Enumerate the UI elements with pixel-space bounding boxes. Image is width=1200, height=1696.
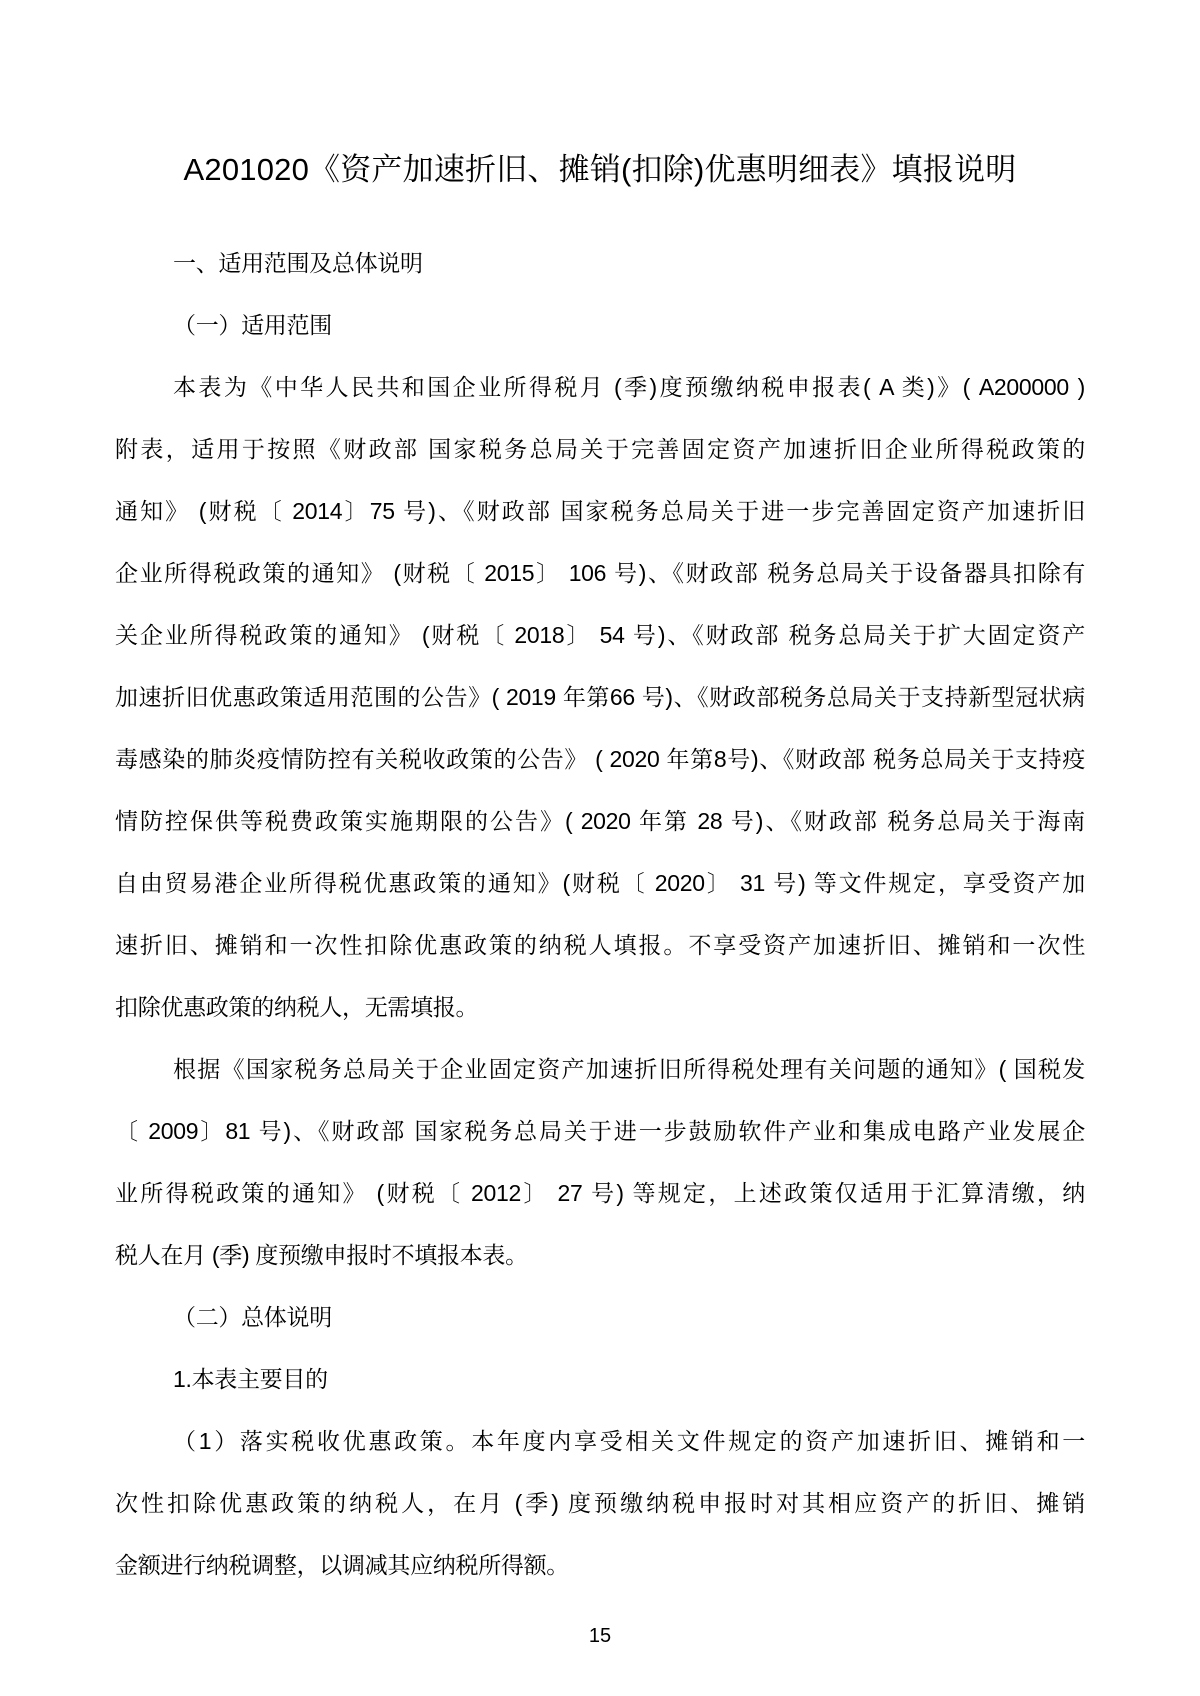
document-content: 一、适用范围及总体说明 （一）适用范围 本表为《中华人民共和国企业所得税月 (季… [115, 232, 1085, 1596]
text-line: 速折旧、摊销和一次性扣除优惠政策的纳税人填报。不享受资产加速折旧、摊销和一次性 [115, 914, 1085, 976]
text-line: 加速折旧优惠政策适用范围的公告》( 2019 年第66 号)、《财政部税务总局关… [115, 666, 1085, 728]
text-line: 次性扣除优惠政策的纳税人，在月 (季) 度预缴纳税申报时对其相应资产的折旧、摊销 [115, 1472, 1085, 1534]
section-heading-1: 一、适用范围及总体说明 [115, 232, 1085, 294]
text-line: 附表，适用于按照《财政部 国家税务总局关于完善固定资产加速折旧企业所得税政策的 [115, 418, 1085, 480]
text-line: 毒感染的肺炎疫情防控有关税收政策的公告》 ( 2020 年第8号)、《财政部 税… [115, 728, 1085, 790]
text-line: 通知》 (财税〔 2014〕75 号)、《财政部 国家税务总局关于进一步完善固定… [115, 480, 1085, 542]
subsection-heading: （二）总体说明 [115, 1286, 1085, 1348]
text-line: 〔 2009〕81 号)、《财政部 国家税务总局关于进一步鼓励软件产业和集成电路… [115, 1100, 1085, 1162]
text-line: 情防控保供等税费政策实施期限的公告》( 2020 年第 28 号)、《财政部 税… [115, 790, 1085, 852]
text-line: 税人在月 (季) 度预缴申报时不填报本表。 [115, 1224, 1085, 1286]
text-line: 本表为《中华人民共和国企业所得税月 (季)度预缴纳税申报表( A 类)》( A2… [115, 356, 1085, 418]
document-page: A201020《资产加速折旧、摊销(扣除)优惠明细表》填报说明 一、适用范围及总… [0, 0, 1200, 1696]
item-heading: 1.本表主要目的 [115, 1348, 1085, 1410]
page-number: 15 [0, 1622, 1200, 1650]
subsection-heading: （一）适用范围 [115, 294, 1085, 356]
text-line: 关企业所得税政策的通知》 (财税〔 2018〕 54 号)、《财政部 税务总局关… [115, 604, 1085, 666]
document-body: A201020《资产加速折旧、摊销(扣除)优惠明细表》填报说明 一、适用范围及总… [0, 147, 1200, 1596]
text-line: （1）落实税收优惠政策。本年度内享受相关文件规定的资产加速折旧、摊销和一 [115, 1410, 1085, 1472]
text-line: 业所得税政策的通知》 (财税〔 2012〕 27 号) 等规定，上述政策仅适用于… [115, 1162, 1085, 1224]
document-title: A201020《资产加速折旧、摊销(扣除)优惠明细表》填报说明 [115, 147, 1085, 193]
text-line: 扣除优惠政策的纳税人，无需填报。 [115, 976, 1085, 1038]
text-line: 自由贸易港企业所得税优惠政策的通知》(财税〔 2020〕 31 号) 等文件规定… [115, 852, 1085, 914]
text-line: 金额进行纳税调整，以调减其应纳税所得额。 [115, 1534, 1085, 1596]
text-line: 企业所得税政策的通知》 (财税〔 2015〕 106 号)、《财政部 税务总局关… [115, 542, 1085, 604]
text-line: 根据《国家税务总局关于企业固定资产加速折旧所得税处理有关问题的通知》( 国税发 [115, 1038, 1085, 1100]
